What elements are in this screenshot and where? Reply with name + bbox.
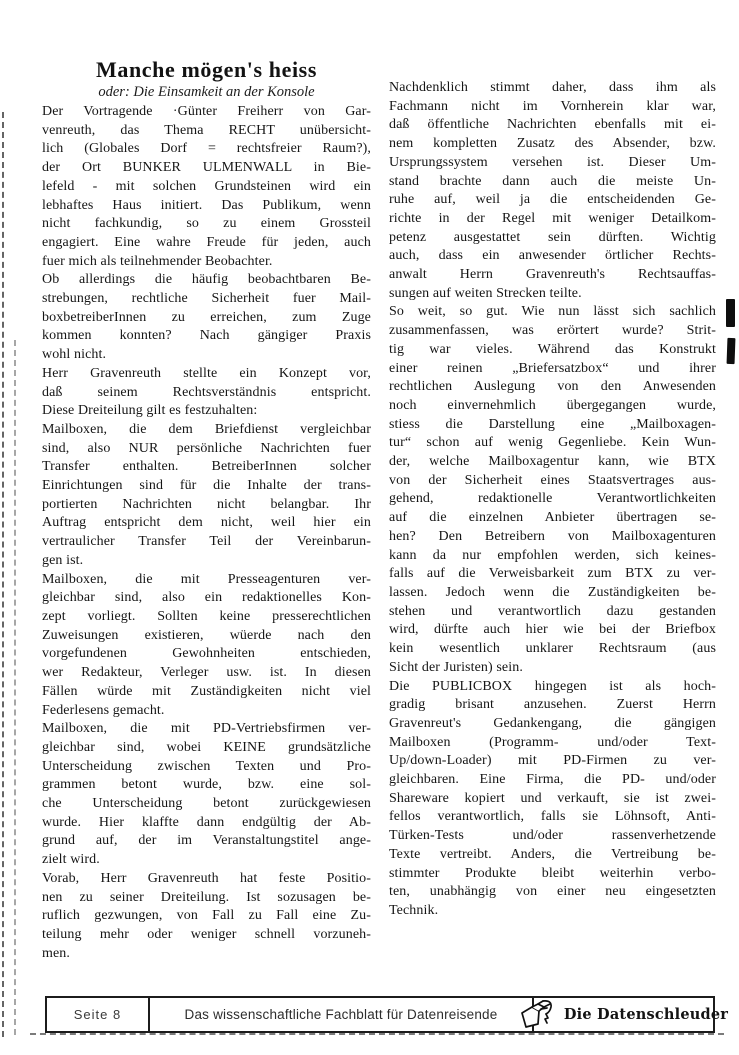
text-line: von der Sicherheit eines Staatsvertrages…: [389, 472, 716, 491]
text-line: gleichbar sind, also ein redaktionelles …: [42, 589, 371, 608]
text-line: stehen und verantwortlich dazu gestanden: [389, 603, 716, 622]
text-line: anwalt Herrn Gravenreuth's Rechtsauffas-: [389, 266, 716, 285]
text-line: nen zu seiner Dreiteilung. Ist sozusagen…: [42, 889, 371, 908]
text-line: Die PUBLICBOX hingegen ist als hoch-: [389, 678, 716, 697]
footer-logo: Die Datenschleuder: [534, 998, 713, 1031]
scanned-document-page: Manche mögen's heiss oder: Die Einsamkei…: [0, 0, 739, 1055]
text-line: rechtlichen Auslegung von den Anwesenden: [389, 378, 716, 397]
text-line: lich (Globales Dorf = rechtsfreier Raum?…: [42, 140, 371, 159]
text-line: daß seinem Rechtsverständnis entspricht.: [42, 384, 371, 403]
text-line: che Unterscheidung betont zurückgewiesen: [42, 795, 371, 814]
text-line: Technik.: [389, 902, 716, 921]
text-line: fuer mich als teilnehmender Beobachter.: [42, 253, 371, 272]
text-line: Mailboxen, die mit Presseagenturen ver-: [42, 571, 371, 590]
text-line: grammen betont wurde, bzw. eine sol-: [42, 776, 371, 795]
text-line: lefeld - mit solchen Grundsteinen wird e…: [42, 178, 371, 197]
right-column-text: Nachdenklich stimmt daher, dass ihm alsF…: [389, 79, 716, 921]
text-line: Mailboxen (Programm- und/oder Text-: [389, 734, 716, 753]
article-title: Manche mögen's heiss: [42, 57, 371, 83]
text-line: men.: [42, 945, 371, 964]
text-line: zept vorliegt. Sollten keine presserecht…: [42, 608, 371, 627]
text-line: wohl nicht.: [42, 346, 371, 365]
text-line: fellos verantwortlich, falls sie Löhnsof…: [389, 808, 716, 827]
scan-artifact-bottom-dashed-line: [30, 1033, 724, 1035]
right-column: Nachdenklich stimmt daher, dass ihm alsF…: [389, 79, 716, 921]
text-line: zusammenfassen, was erörtert wurde? Stri…: [389, 322, 716, 341]
text-line: nicht fachkundig, so zu einem Grossteil: [42, 215, 371, 234]
text-line: boxbetreiberInnen zu erreichen, zum Zuge: [42, 309, 371, 328]
text-line: gradig brisant anzusehen. Zuerst Herrn: [389, 696, 716, 715]
text-line: Einrichtungen sind für die Inhalte der t…: [42, 477, 371, 496]
slingshot-hand-icon: [519, 999, 561, 1031]
text-line: tig war vieles. Während das Konstrukt: [389, 341, 716, 360]
text-line: Türken-Tests und/oder rassenverhetzende: [389, 827, 716, 846]
text-line: gleichbar sind, wobei KEINE grundsätzlic…: [42, 739, 371, 758]
article-subtitle: oder: Die Einsamkeit an der Konsole: [42, 83, 371, 102]
text-line: richte in der Regel mit weniger Detailko…: [389, 210, 716, 229]
text-line: So weit, so gut. Wie nun lässt sich sach…: [389, 303, 716, 322]
text-line: stand brachte dann auch die meiste Un-: [389, 173, 716, 192]
text-line: Fachmann nicht im Vornherein klar war,: [389, 98, 716, 117]
text-line: Ursprungssystem versehen ist. Dieser Um-: [389, 154, 716, 173]
footer-page-number: Seite 8: [47, 998, 150, 1031]
text-line: petenz ausgestattet sein dürften. Wichti…: [389, 229, 716, 248]
text-line: Transfer enthalten. BetreiberInnen solch…: [42, 458, 371, 477]
text-line: lassen. Jedoch wenn die Zuständigkeiten …: [389, 584, 716, 603]
scan-artifact-left-dashed-line: [2, 112, 4, 1037]
footer-tagline: Das wissenschaftliche Fachblatt für Date…: [150, 998, 534, 1031]
text-line: auf die einzelnen Anbieter übertragen se…: [389, 509, 716, 528]
text-line: kann da nur empfohlen werden, sich keine…: [389, 547, 716, 566]
text-line: gen ist.: [42, 552, 371, 571]
text-line: Gravenreut's Gedankengang, die gängigen: [389, 715, 716, 734]
text-line: gehend, redaktionelle Verantwortlichkeit…: [389, 490, 716, 509]
text-line: strebungen, rechtliche Sicherheit fuer M…: [42, 290, 371, 309]
text-line: zielt wird.: [42, 851, 371, 870]
text-line: Der Vortragende ·Günter Freiherr von Gar…: [42, 103, 371, 122]
text-line: ruflich gezwungen, von Fall zu Fall eine…: [42, 907, 371, 926]
text-line: nem kompletten Zusatz des Absender, bzw.: [389, 135, 716, 154]
text-line: stiess die Darstellung eine „Mailboxagen…: [389, 416, 716, 435]
text-line: Ob allerdings die häufig beobachtbaren B…: [42, 271, 371, 290]
text-line: ruhe auf, weil ja die entscheidenden Ge-: [389, 191, 716, 210]
text-line: vorgefundenen Gewohnheiten entschieden,: [42, 645, 371, 664]
text-line: Diese Dreiteilung gilt es festzuhalten:: [42, 402, 371, 421]
text-line: tur“ schon auf wenig Gegenliebe. Kein Wu…: [389, 434, 716, 453]
text-line: noch einvernehmlich übergegangen wurde,: [389, 397, 716, 416]
text-line: Nachdenklich stimmt daher, dass ihm als: [389, 79, 716, 98]
text-line: teilung mehr oder weniger schnell vorzun…: [42, 926, 371, 945]
text-line: sungen auf weiten Strecken teilte.: [389, 285, 716, 304]
text-line: hen? Den Betreibern von Mailboxagenturen: [389, 528, 716, 547]
text-line: wer Redakteur, Verleger usw. ist. In die…: [42, 664, 371, 683]
text-line: sind, also NUR persönliche Nachrichten f…: [42, 440, 371, 459]
text-line: Auftrag entspricht dem nicht, weil hier …: [42, 514, 371, 533]
text-line: kein wesentlich unklarer Rechtsraum (aus: [389, 640, 716, 659]
text-line: Up/down-Loader) mit PD-Firmen zu ver-: [389, 752, 716, 771]
text-line: stimmter Produkte bleibt weiterhin verbo…: [389, 865, 716, 884]
text-line: kommen konnten? Nach gängiger Praxis: [42, 327, 371, 346]
text-line: Mailboxen, die dem Briefdienst vergleich…: [42, 421, 371, 440]
text-line: lebhaftes Haus initiert. Das Publikum, w…: [42, 197, 371, 216]
text-line: grund auf, der im Veranstaltungstitel an…: [42, 832, 371, 851]
text-line: Fällen würde mit Zuständigkeiten nicht v…: [42, 683, 371, 702]
text-line: Sicht der Juristen) sein.: [389, 659, 716, 678]
text-line: einer reinen „Briefersatzbox“ und ihrer: [389, 360, 716, 379]
text-line: falls auf die Verweisbarkeit zum BTX zu …: [389, 565, 716, 584]
text-line: Shareware kopiert und verkauft, sie ist …: [389, 790, 716, 809]
text-line: Mailboxen, die mit PD-Vertriebsfirmen ve…: [42, 720, 371, 739]
text-line: daß öffentliche Nachrichten ebenfalls mi…: [389, 116, 716, 135]
text-line: Vorab, Herr Gravenreuth hat feste Positi…: [42, 870, 371, 889]
scan-artifact-left-dashed-line-2: [14, 340, 16, 1035]
footer-logo-text: Die Datenschleuder: [564, 1006, 728, 1023]
text-line: der Ort BUNKER ULMENWALL in Bie-: [42, 159, 371, 178]
text-line: wurde. Hier klaffte dann endgültig der A…: [42, 814, 371, 833]
text-line: ten, unabhängig von einer neu eingesetzt…: [389, 883, 716, 902]
text-line: Federlesens gemacht.: [42, 702, 371, 721]
text-line: venreuth, das Thema RECHT unübersicht-: [42, 122, 371, 141]
left-column-text: Der Vortragende ·Günter Freiherr von Gar…: [42, 103, 371, 963]
text-line: Herr Gravenreuth stellte ein Konzept vor…: [42, 365, 371, 384]
text-line: auch, dass ein anwesender örtlicher Rech…: [389, 247, 716, 266]
text-line: Texte vertreibt. Anders, die Vertreibung…: [389, 846, 716, 865]
text-line: engagiert. Eine wahre Freude für jeden, …: [42, 234, 371, 253]
text-line: der, welche Mailboxagentur kann, wie BTX: [389, 453, 716, 472]
text-line: vertraulicher Transfer Teil der Vereinba…: [42, 533, 371, 552]
text-line: gleichbaren. Eine Firma, die PD- und/ode…: [389, 771, 716, 790]
footer-bar: Seite 8 Das wissenschaftliche Fachblatt …: [45, 996, 715, 1033]
text-line: portierten Nachrichten nicht belangbar. …: [42, 496, 371, 515]
text-line: Zuweisungen existieren, wüerde nach den: [42, 627, 371, 646]
text-line: Unterscheidung zwischen Texten und Pro-: [42, 758, 371, 777]
text-line: wird, dürfte auch hier wie bei der Brief…: [389, 621, 716, 640]
scan-artifact-right-mark: [726, 299, 735, 327]
scan-artifact-right-mark: [727, 338, 736, 364]
left-column: Manche mögen's heiss oder: Die Einsamkei…: [42, 57, 371, 963]
